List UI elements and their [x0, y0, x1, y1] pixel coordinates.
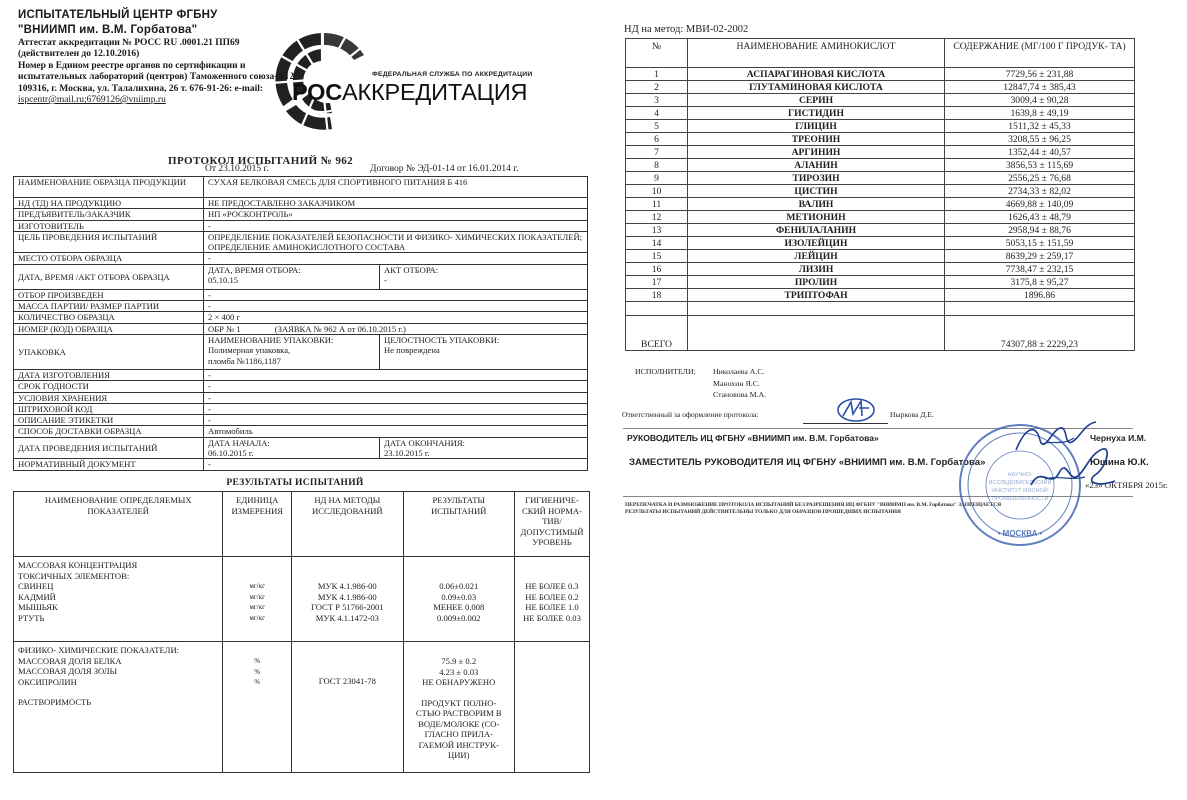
amino-name: АРГИНИН	[688, 146, 945, 159]
amino-name: ГИСТИДИН	[688, 107, 945, 120]
toxic-element-result: 0.009±0.002	[405, 613, 513, 624]
sub-value: 23.10.2015 г.	[384, 448, 583, 458]
physchem-units-cell: %%%	[223, 642, 292, 773]
info-value: -	[204, 381, 588, 392]
physchem-group-label: ФИЗИКО- ХИМИЧЕСКИЕ ПОКАЗАТЕЛИ:	[18, 645, 218, 656]
info-label: МАССА ПАРТИИ/ РАЗМЕР ПАРТИИ	[14, 301, 204, 312]
results-header-row: НАИМЕНОВАНИЕ ОПРЕДЕЛЯЕМЫХ ПОКАЗАТЕЛЕЙЕДИ…	[14, 492, 590, 557]
info-value: ДАТА ОКОНЧАНИЯ:23.10.2015 г.	[380, 437, 588, 459]
amino-content: 2556,25 ± 76,68	[945, 172, 1135, 185]
svg-text:ПРОМЫШЛЕННОСТИ: ПРОМЫШЛЕННОСТИ	[992, 496, 1049, 502]
amino-number: 5	[626, 120, 688, 133]
sub-label: ЦЕЛОСТНОСТЬ УПАКОВКИ:	[384, 335, 583, 345]
info-row: МАССА ПАРТИИ/ РАЗМЕР ПАРТИИ-	[14, 301, 588, 312]
solubility-result: ПРОДУКТ ПОЛНО- СТЬЮ РАСТВОРИМ В ВОДЕ/МОЛ…	[405, 698, 513, 761]
toxic-element-name: СВИНЕЦ	[18, 581, 218, 592]
physchem-names-cell: ФИЗИКО- ХИМИЧЕСКИЕ ПОКАЗАТЕЛИ: МАССОВАЯ …	[14, 642, 223, 773]
amino-content: 7738,47 ± 232,15	[945, 263, 1135, 276]
info-value: -	[204, 369, 588, 380]
toxic-element-name: КАДМИЙ	[18, 592, 218, 603]
amino-acid-row: 14ИЗОЛЕЙЦИН5053,15 ± 151,59	[626, 237, 1135, 250]
amino-acid-row: 2ГЛУТАМИНОВАЯ КИСЛОТА12847,74 ± 385,43	[626, 81, 1135, 94]
col-content-header: СОДЕРЖАНИЕ (МГ/100 Г ПРОДУК- ТА)	[945, 39, 1135, 68]
sub-value: пломба №1186,1187	[208, 356, 375, 366]
physchem-name: МАССОВАЯ ДОЛЯ БЕЛКА	[18, 656, 218, 667]
results-col-header: НД НА МЕТОДЫ ИССЛЕДОВАНИЙ	[292, 492, 403, 557]
certificate-validity: (действителен до 12.10.2016)	[18, 49, 298, 60]
info-label: ДАТА, ВРЕМЯ /АКТ ОТБОРА ОБРАЗЦА	[14, 264, 204, 289]
info-label: НД (ТД) НА ПРОДУКЦИЮ	[14, 198, 204, 209]
info-row: ДАТА ИЗГОТОВЛЕНИЯ-	[14, 369, 588, 380]
toxic-element-norm: НЕ БОЛЕЕ 1.0	[516, 602, 588, 613]
amino-name: ТРИПТОФАН	[688, 289, 945, 302]
amino-content: 3009,4 ± 90,28	[945, 94, 1135, 107]
method-reference: НД на метод: МВИ-02-2002	[624, 24, 748, 35]
info-row: МЕСТО ОТБОРА ОБРАЗЦА-	[14, 253, 588, 264]
toxic-element-method: ГОСТ Р 51766-2001	[293, 602, 401, 613]
amino-number: 3	[626, 94, 688, 107]
amino-number: 17	[626, 276, 688, 289]
physchem-row: ФИЗИКО- ХИМИЧЕСКИЕ ПОКАЗАТЕЛИ: МАССОВАЯ …	[14, 642, 590, 773]
amino-acid-row: 11ВАЛИН4669,88 ± 140,09	[626, 198, 1135, 211]
physchem-unit: %	[224, 667, 290, 678]
amino-name: ЛЕЙЦИН	[688, 250, 945, 263]
test-dates-row: ДАТА ПРОВЕДЕНИЯ ИСПЫТАНИЙДАТА НАЧАЛА:06.…	[14, 437, 588, 459]
amino-acid-row: 12МЕТИОНИН1626,43 ± 48,79	[626, 211, 1135, 224]
info-value: НП «РОСКОНТРОЛЬ»	[204, 209, 588, 220]
results-col-header: НАИМЕНОВАНИЕ ОПРЕДЕЛЯЕМЫХ ПОКАЗАТЕЛЕЙ	[14, 492, 223, 557]
info-value: -	[204, 253, 588, 264]
amino-acid-row: 3СЕРИН3009,4 ± 90,28	[626, 94, 1135, 107]
toxic-element-name: МЫШЬЯК	[18, 602, 218, 613]
info-label: НОРМАТИВНЫЙ ДОКУМЕНТ	[14, 459, 204, 470]
amino-number: 14	[626, 237, 688, 250]
executor: Становова М.А.	[713, 389, 766, 401]
rosaccreditation-logo: ФЕДЕРАЛЬНАЯ СЛУЖБА ПО АККРЕДИТАЦИИ РОСАК…	[272, 25, 542, 135]
physchem-result: НЕ ОБНАРУЖЕНО	[405, 677, 513, 688]
info-row: ШТРИХОВОЙ КОД-	[14, 403, 588, 414]
amino-acid-row: 18ТРИПТОФАН1896.86	[626, 289, 1135, 302]
info-label: НАИМЕНОВАНИЕ ОБРАЗЦА ПРОДУКЦИИ	[14, 177, 204, 198]
info-row: ОТБОР ПРОИЗВЕДЕН-	[14, 289, 588, 300]
info-value: НАИМЕНОВАНИЕ УПАКОВКИ:Полимерная упаковк…	[204, 334, 380, 369]
amino-number: 2	[626, 81, 688, 94]
toxic-norms-cell: НЕ БОЛЕЕ 0.3НЕ БОЛЕЕ 0.2НЕ БОЛЕЕ 1.0НЕ Б…	[514, 557, 589, 642]
info-row: НАИМЕНОВАНИЕ ОБРАЗЦА ПРОДУКЦИИСУХАЯ БЕЛК…	[14, 177, 588, 198]
info-label: СРОК ГОДНОСТИ	[14, 381, 204, 392]
deputy-signature-icon	[1025, 445, 1120, 495]
amino-number: 10	[626, 185, 688, 198]
amino-name: ФЕНИЛАЛАНИН	[688, 224, 945, 237]
info-label: ЦЕЛЬ ПРОВЕДЕНИЯ ИСПЫТАНИЙ	[14, 231, 204, 253]
org-email-link[interactable]: ispcentr@mail.ru;6769126@vniimp.ru	[18, 95, 298, 106]
sample-info-table: НАИМЕНОВАНИЕ ОБРАЗЦА ПРОДУКЦИИСУХАЯ БЕЛК…	[13, 176, 588, 471]
org-name-line1: ИСПЫТАТЕЛЬНЫЙ ЦЕНТР ФГБНУ	[18, 8, 298, 23]
amino-content: 1511,32 ± 45,33	[945, 120, 1135, 133]
toxic-element-unit: мг/кг	[224, 602, 290, 613]
toxic-element-result: МЕНЕЕ 0.008	[405, 602, 513, 613]
amino-content: 1626,43 ± 48,79	[945, 211, 1135, 224]
amino-acid-row: 9ТИРОЗИН2556,25 ± 76,68	[626, 172, 1135, 185]
toxic-elements-row: МАССОВАЯ КОНЦЕНТРАЦИЯ ТОКСИЧНЫХ ЭЛЕМЕНТО…	[14, 557, 590, 642]
amino-name: ГЛИЦИН	[688, 120, 945, 133]
sub-label: ДАТА НАЧАЛА:	[208, 438, 375, 448]
info-row: СРОК ГОДНОСТИ-	[14, 381, 588, 392]
amino-name: АЛАНИН	[688, 159, 945, 172]
info-label: УПАКОВКА	[14, 334, 204, 369]
results-col-header: РЕЗУЛЬТАТЫ ИСПЫТАНИЙ	[403, 492, 514, 557]
toxic-element-name: РТУТЬ	[18, 613, 218, 624]
sub-value: -	[384, 275, 583, 285]
physchem-results-cell: 75.9 ± 0.24.23 ± 0.03НЕ ОБНАРУЖЕНО ПРОДУ…	[403, 642, 514, 773]
amino-name: АСПАРАГИНОВАЯ КИСЛОТА	[688, 68, 945, 81]
sub-label: ДАТА ОКОНЧАНИЯ:	[384, 438, 583, 448]
executor: Николаева А.С.	[713, 366, 766, 378]
amino-content: 4669,88 ± 140,09	[945, 198, 1135, 211]
info-label: МЕСТО ОТБОРА ОБРАЗЦА	[14, 253, 204, 264]
info-label: ДАТА ПРОВЕДЕНИЯ ИСПЫТАНИЙ	[14, 437, 204, 459]
info-value: ОПРЕДЕЛЕНИЕ ПОКАЗАТЕЛЕЙ БЕЗОПАСНОСТИ И Ф…	[204, 231, 588, 253]
info-row: НОРМАТИВНЫЙ ДОКУМЕНТ-	[14, 459, 588, 470]
amino-number: 4	[626, 107, 688, 120]
info-label: ШТРИХОВОЙ КОД	[14, 403, 204, 414]
amino-content: 7729,56 ± 231,88	[945, 68, 1135, 81]
amino-content: 3175,8 ± 95,27	[945, 276, 1135, 289]
info-row: НД (ТД) НА ПРОДУКЦИЮНЕ ПРЕДОСТАВЛЕНО ЗАК…	[14, 198, 588, 209]
info-label: ИЗГОТОВИТЕЛЬ	[14, 220, 204, 231]
amino-number: 18	[626, 289, 688, 302]
physchem-name: МАССОВАЯ ДОЛЯ ЗОЛЫ	[18, 666, 218, 677]
physchem-unit: %	[224, 677, 290, 688]
toxic-methods-cell: МУК 4.1.986-00МУК 4.1.986-00ГОСТ Р 51766…	[292, 557, 403, 642]
test-results-table: НАИМЕНОВАНИЕ ОПРЕДЕЛЯЕМЫХ ПОКАЗАТЕЛЕЙЕДИ…	[13, 491, 590, 773]
col-number-header: №	[626, 39, 688, 68]
amino-content: 1352,44 ± 40,57	[945, 146, 1135, 159]
amino-acid-row: 15ЛЕЙЦИН8639,29 ± 259,17	[626, 250, 1135, 263]
info-value: СУХАЯ БЕЛКОВАЯ СМЕСЬ ДЛЯ СПОРТИВНОГО ПИТ…	[204, 177, 588, 198]
request-number: (ЗАЯВКА № 962 А от 06.10.2015 г.)	[275, 324, 406, 334]
amino-number: 15	[626, 250, 688, 263]
amino-name: ТИРОЗИН	[688, 172, 945, 185]
toxic-group-label: МАССОВАЯ КОНЦЕНТРАЦИЯ	[18, 560, 218, 571]
sample-number-row: НОМЕР (КОД) ОБРАЗЦАОБР № 1(ЗАЯВКА № 962 …	[14, 323, 588, 334]
amino-name: ТРЕОНИН	[688, 133, 945, 146]
executor: Манохин Я.С.	[713, 378, 766, 390]
amino-name: ПРОЛИН	[688, 276, 945, 289]
info-label: ДАТА ИЗГОТОВЛЕНИЯ	[14, 369, 204, 380]
amino-name: ГЛУТАМИНОВАЯ КИСЛОТА	[688, 81, 945, 94]
amino-number: 8	[626, 159, 688, 172]
head-title: РУКОВОДИТЕЛЬ ИЦ ФГБНУ «ВНИИМП им. В.М. Г…	[627, 433, 879, 443]
amino-number: 11	[626, 198, 688, 211]
amino-content: 3856,53 ± 115,69	[945, 159, 1135, 172]
toxic-element-norm: НЕ БОЛЕЕ 0.2	[516, 592, 588, 603]
amino-content: 8639,29 ± 259,17	[945, 250, 1135, 263]
amino-acid-row: 7АРГИНИН1352,44 ± 40,57	[626, 146, 1135, 159]
toxic-element-norm: НЕ БОЛЕЕ 0.03	[516, 613, 588, 624]
organization-header: ИСПЫТАТЕЛЬНЫЙ ЦЕНТР ФГБНУ "ВНИИМП им. В.…	[18, 8, 298, 106]
info-label: СПОСОБ ДОСТАВКИ ОБРАЗЦА	[14, 426, 204, 437]
deputy-title: ЗАМЕСТИТЕЛЬ РУКОВОДИТЕЛЯ ИЦ ФГБНУ «ВНИИМ…	[629, 457, 985, 468]
logo-wordmark-bold: РОС	[292, 79, 342, 105]
amino-name: СЕРИН	[688, 94, 945, 107]
protocol-date: От 23.10.2015 г.	[205, 164, 269, 174]
executors-label: ИСПОЛНИТЕЛИ:	[635, 366, 696, 378]
protocol-contract: Договор № ЭД-01-14 от 16.01.2014 г.	[370, 164, 519, 174]
amino-number: 16	[626, 263, 688, 276]
amino-number: 7	[626, 146, 688, 159]
amino-acid-row: 13ФЕНИЛАЛАНИН2958,94 ± 88,76	[626, 224, 1135, 237]
info-row: ОПИСАНИЕ ЭТИКЕТКИ-	[14, 415, 588, 426]
footer-line2: РЕЗУЛЬТАТЫ ИСПЫТАНИЙ ДЕЙСТВИТЕЛЬНЫ ТОЛЬК…	[625, 509, 1001, 516]
amino-content: 3208,55 ± 96,25	[945, 133, 1135, 146]
footer-line1: ПЕРЕПЕЧАТКА И РАЗМНОЖЕНИЕ ПРОТОКОЛА ИСПЫ…	[625, 502, 1001, 509]
amino-acid-row: 8АЛАНИН3856,53 ± 115,69	[626, 159, 1135, 172]
toxic-element-result: 0.09±0.03	[405, 592, 513, 603]
amino-empty-row	[626, 302, 1135, 316]
accreditation-certificate: Аттестат аккредитации № РОСС RU .0001.21…	[18, 38, 298, 49]
info-label: КОЛИЧЕСТВО ОБРАЗЦА	[14, 312, 204, 323]
toxic-group-label2: ТОКСИЧНЫХ ЭЛЕМЕНТОВ:	[18, 571, 218, 582]
amino-name: ВАЛИН	[688, 198, 945, 211]
sub-label: АКТ ОТБОРА:	[384, 265, 583, 275]
sub-value: Не повреждена	[384, 345, 583, 355]
toxic-element-unit: мг/кг	[224, 581, 290, 592]
info-value: -	[204, 415, 588, 426]
toxic-element-unit: мг/кг	[224, 592, 290, 603]
toxic-names-cell: МАССОВАЯ КОНЦЕНТРАЦИЯ ТОКСИЧНЫХ ЭЛЕМЕНТО…	[14, 557, 223, 642]
info-value: ЦЕЛОСТНОСТЬ УПАКОВКИ:Не повреждена	[380, 334, 588, 369]
results-title: РЕЗУЛЬТАТЫ ИСПЫТАНИЙ	[170, 478, 420, 488]
toxic-element-method: МУК 4.1.986-00	[293, 592, 401, 603]
sampling-row: ДАТА, ВРЕМЯ /АКТ ОТБОРА ОБРАЗЦАДАТА, ВРЕ…	[14, 264, 588, 289]
toxic-element-method: МУК 4.1.1472-03	[293, 613, 401, 624]
info-label: ОПИСАНИЕ ЭТИКЕТКИ	[14, 415, 204, 426]
info-row: УСЛОВИЯ ХРАНЕНИЯ-	[14, 392, 588, 403]
info-value: -	[204, 459, 588, 470]
info-value: ДАТА, ВРЕМЯ ОТБОРА:05.10.15	[204, 264, 380, 289]
sub-value: 05.10.15	[208, 275, 375, 285]
amino-number: 1	[626, 68, 688, 81]
physchem-name: ОКСИПРОЛИН	[18, 677, 218, 688]
logo-wordmark: РОСАККРЕДИТАЦИЯ	[292, 79, 527, 106]
amino-name: ЛИЗИН	[688, 263, 945, 276]
amino-name: ЦИСТИН	[688, 185, 945, 198]
amino-number: 6	[626, 133, 688, 146]
info-value: Автомобиль	[204, 426, 588, 437]
packaging-row: УПАКОВКАНАИМЕНОВАНИЕ УПАКОВКИ:Полимерная…	[14, 334, 588, 369]
info-value: ОБР № 1(ЗАЯВКА № 962 А от 06.10.2015 г.)	[204, 323, 588, 334]
amino-number: 13	[626, 224, 688, 237]
results-col-header: ГИГИЕНИЧЕ- СКИЙ НОРМА- ТИВ/ ДОПУСТИМЫЙ У…	[514, 492, 589, 557]
amino-name: МЕТИОНИН	[688, 211, 945, 224]
toxic-element-norm: НЕ БОЛЕЕ 0.3	[516, 581, 588, 592]
toxic-element-method: МУК 4.1.986-00	[293, 581, 401, 592]
amino-content: 1896.86	[945, 289, 1135, 302]
amino-content: 5053,15 ± 151,59	[945, 237, 1135, 250]
solubility-label: РАСТВОРИМОСТЬ	[18, 697, 218, 708]
physchem-norm-cell	[514, 642, 589, 773]
info-label: НОМЕР (КОД) ОБРАЗЦА	[14, 323, 204, 334]
org-name-line2: "ВНИИМП им. В.М. Горбатова"	[18, 23, 298, 38]
sub-value: 06.10.2015 г.	[208, 448, 375, 458]
sub-label: ДАТА, ВРЕМЯ ОТБОРА:	[208, 265, 375, 275]
executors-list: Николаева А.С. Манохин Я.С. Становова М.…	[713, 366, 766, 401]
responsible-signature-icon	[835, 396, 877, 424]
responsible-name: Ныркова Д.Е.	[890, 410, 934, 419]
physchem-unit: %	[224, 656, 290, 667]
amino-content: 2734,33 ± 82,02	[945, 185, 1135, 198]
toxic-results-cell: 0.06±0.0210.09±0.03МЕНЕЕ 0.0080.009±0.00…	[403, 557, 514, 642]
info-row: ПРЕДЪЯВИТЕЛЬ/ЗАКАЗЧИКНП «РОСКОНТРОЛЬ»	[14, 209, 588, 220]
total-value: 74307,88 ± 2229,23	[945, 316, 1135, 351]
amino-total-row: ВСЕГО 74307,88 ± 2229,23	[626, 316, 1135, 351]
amino-acid-table: № НАИМЕНОВАНИЕ АМИНОКИСЛОТ СОДЕРЖАНИЕ (М…	[625, 38, 1135, 351]
amino-acid-row: 5ГЛИЦИН1511,32 ± 45,33	[626, 120, 1135, 133]
toxic-element-result: 0.06±0.021	[405, 581, 513, 592]
sample-code: ОБР № 1	[208, 324, 241, 334]
logo-subtitle: ФЕДЕРАЛЬНАЯ СЛУЖБА ПО АККРЕДИТАЦИИ	[372, 71, 532, 78]
physchem-result: 4.23 ± 0.03	[405, 667, 513, 678]
info-label: УСЛОВИЯ ХРАНЕНИЯ	[14, 392, 204, 403]
info-value: ДАТА НАЧАЛА:06.10.2015 г.	[204, 437, 380, 459]
info-value: -	[204, 403, 588, 414]
info-value: 2 × 400 г	[204, 312, 588, 323]
info-row: ИЗГОТОВИТЕЛЬ-	[14, 220, 588, 231]
results-col-header: ЕДИНИЦА ИЗМЕРЕНИЯ	[223, 492, 292, 557]
info-value: АКТ ОТБОРА:-	[380, 264, 588, 289]
amino-acid-row: 4ГИСТИДИН1639,8 ± 49,19	[626, 107, 1135, 120]
physchem-result: 75.9 ± 0.2	[405, 656, 513, 667]
sub-value: Полимерная упаковка,	[208, 345, 375, 355]
amino-number: 12	[626, 211, 688, 224]
info-value: -	[204, 289, 588, 300]
footer-disclaimer: ПЕРЕПЕЧАТКА И РАЗМНОЖЕНИЕ ПРОТОКОЛА ИСПЫ…	[625, 502, 1001, 516]
amino-name: ИЗОЛЕЙЦИН	[688, 237, 945, 250]
amino-acid-row: 17ПРОЛИН3175,8 ± 95,27	[626, 276, 1135, 289]
responsible-label: Ответственный за оформление протокола:	[622, 410, 759, 419]
info-value: -	[204, 301, 588, 312]
amino-content: 1639,8 ± 49,19	[945, 107, 1135, 120]
svg-text:• МОСКВА •: • МОСКВА •	[998, 529, 1043, 538]
col-name-header: НАИМЕНОВАНИЕ АМИНОКИСЛОТ	[688, 39, 945, 68]
info-row: СПОСОБ ДОСТАВКИ ОБРАЗЦААвтомобиль	[14, 426, 588, 437]
amino-number: 9	[626, 172, 688, 185]
info-label: ОТБОР ПРОИЗВЕДЕН	[14, 289, 204, 300]
amino-header-row: № НАИМЕНОВАНИЕ АМИНОКИСЛОТ СОДЕРЖАНИЕ (М…	[626, 39, 1135, 68]
amino-content: 12847,74 ± 385,43	[945, 81, 1135, 94]
amino-acid-row: 10ЦИСТИН2734,33 ± 82,02	[626, 185, 1135, 198]
amino-content: 2958,94 ± 88,76	[945, 224, 1135, 237]
physchem-method-cell: ГОСТ 23041-78	[292, 642, 403, 773]
sub-label: НАИМЕНОВАНИЕ УПАКОВКИ:	[208, 335, 375, 345]
info-row: КОЛИЧЕСТВО ОБРАЗЦА2 × 400 г	[14, 312, 588, 323]
amino-acid-row: 6ТРЕОНИН3208,55 ± 96,25	[626, 133, 1135, 146]
info-label: ПРЕДЪЯВИТЕЛЬ/ЗАКАЗЧИК	[14, 209, 204, 220]
logo-wordmark-rest: АККРЕДИТАЦИЯ	[342, 79, 527, 105]
info-value: -	[204, 392, 588, 403]
org-address: 109316, г. Москва, ул. Талалихина, 26 т.…	[18, 84, 298, 95]
info-row: ЦЕЛЬ ПРОВЕДЕНИЯ ИСПЫТАНИЙОПРЕДЕЛЕНИЕ ПОК…	[14, 231, 588, 253]
amino-acid-row: 1АСПАРАГИНОВАЯ КИСЛОТА7729,56 ± 231,88	[626, 68, 1135, 81]
registry-number: Номер в Едином реестре органов по сертиф…	[18, 61, 298, 84]
toxic-units-cell: мг/кгмг/кгмг/кгмг/кг	[223, 557, 292, 642]
info-value: НЕ ПРЕДОСТАВЛЕНО ЗАКАЗЧИКОМ	[204, 198, 588, 209]
toxic-element-unit: мг/кг	[224, 613, 290, 624]
total-label: ВСЕГО	[626, 316, 688, 351]
info-value: -	[204, 220, 588, 231]
amino-acid-row: 16ЛИЗИН7738,47 ± 232,15	[626, 263, 1135, 276]
